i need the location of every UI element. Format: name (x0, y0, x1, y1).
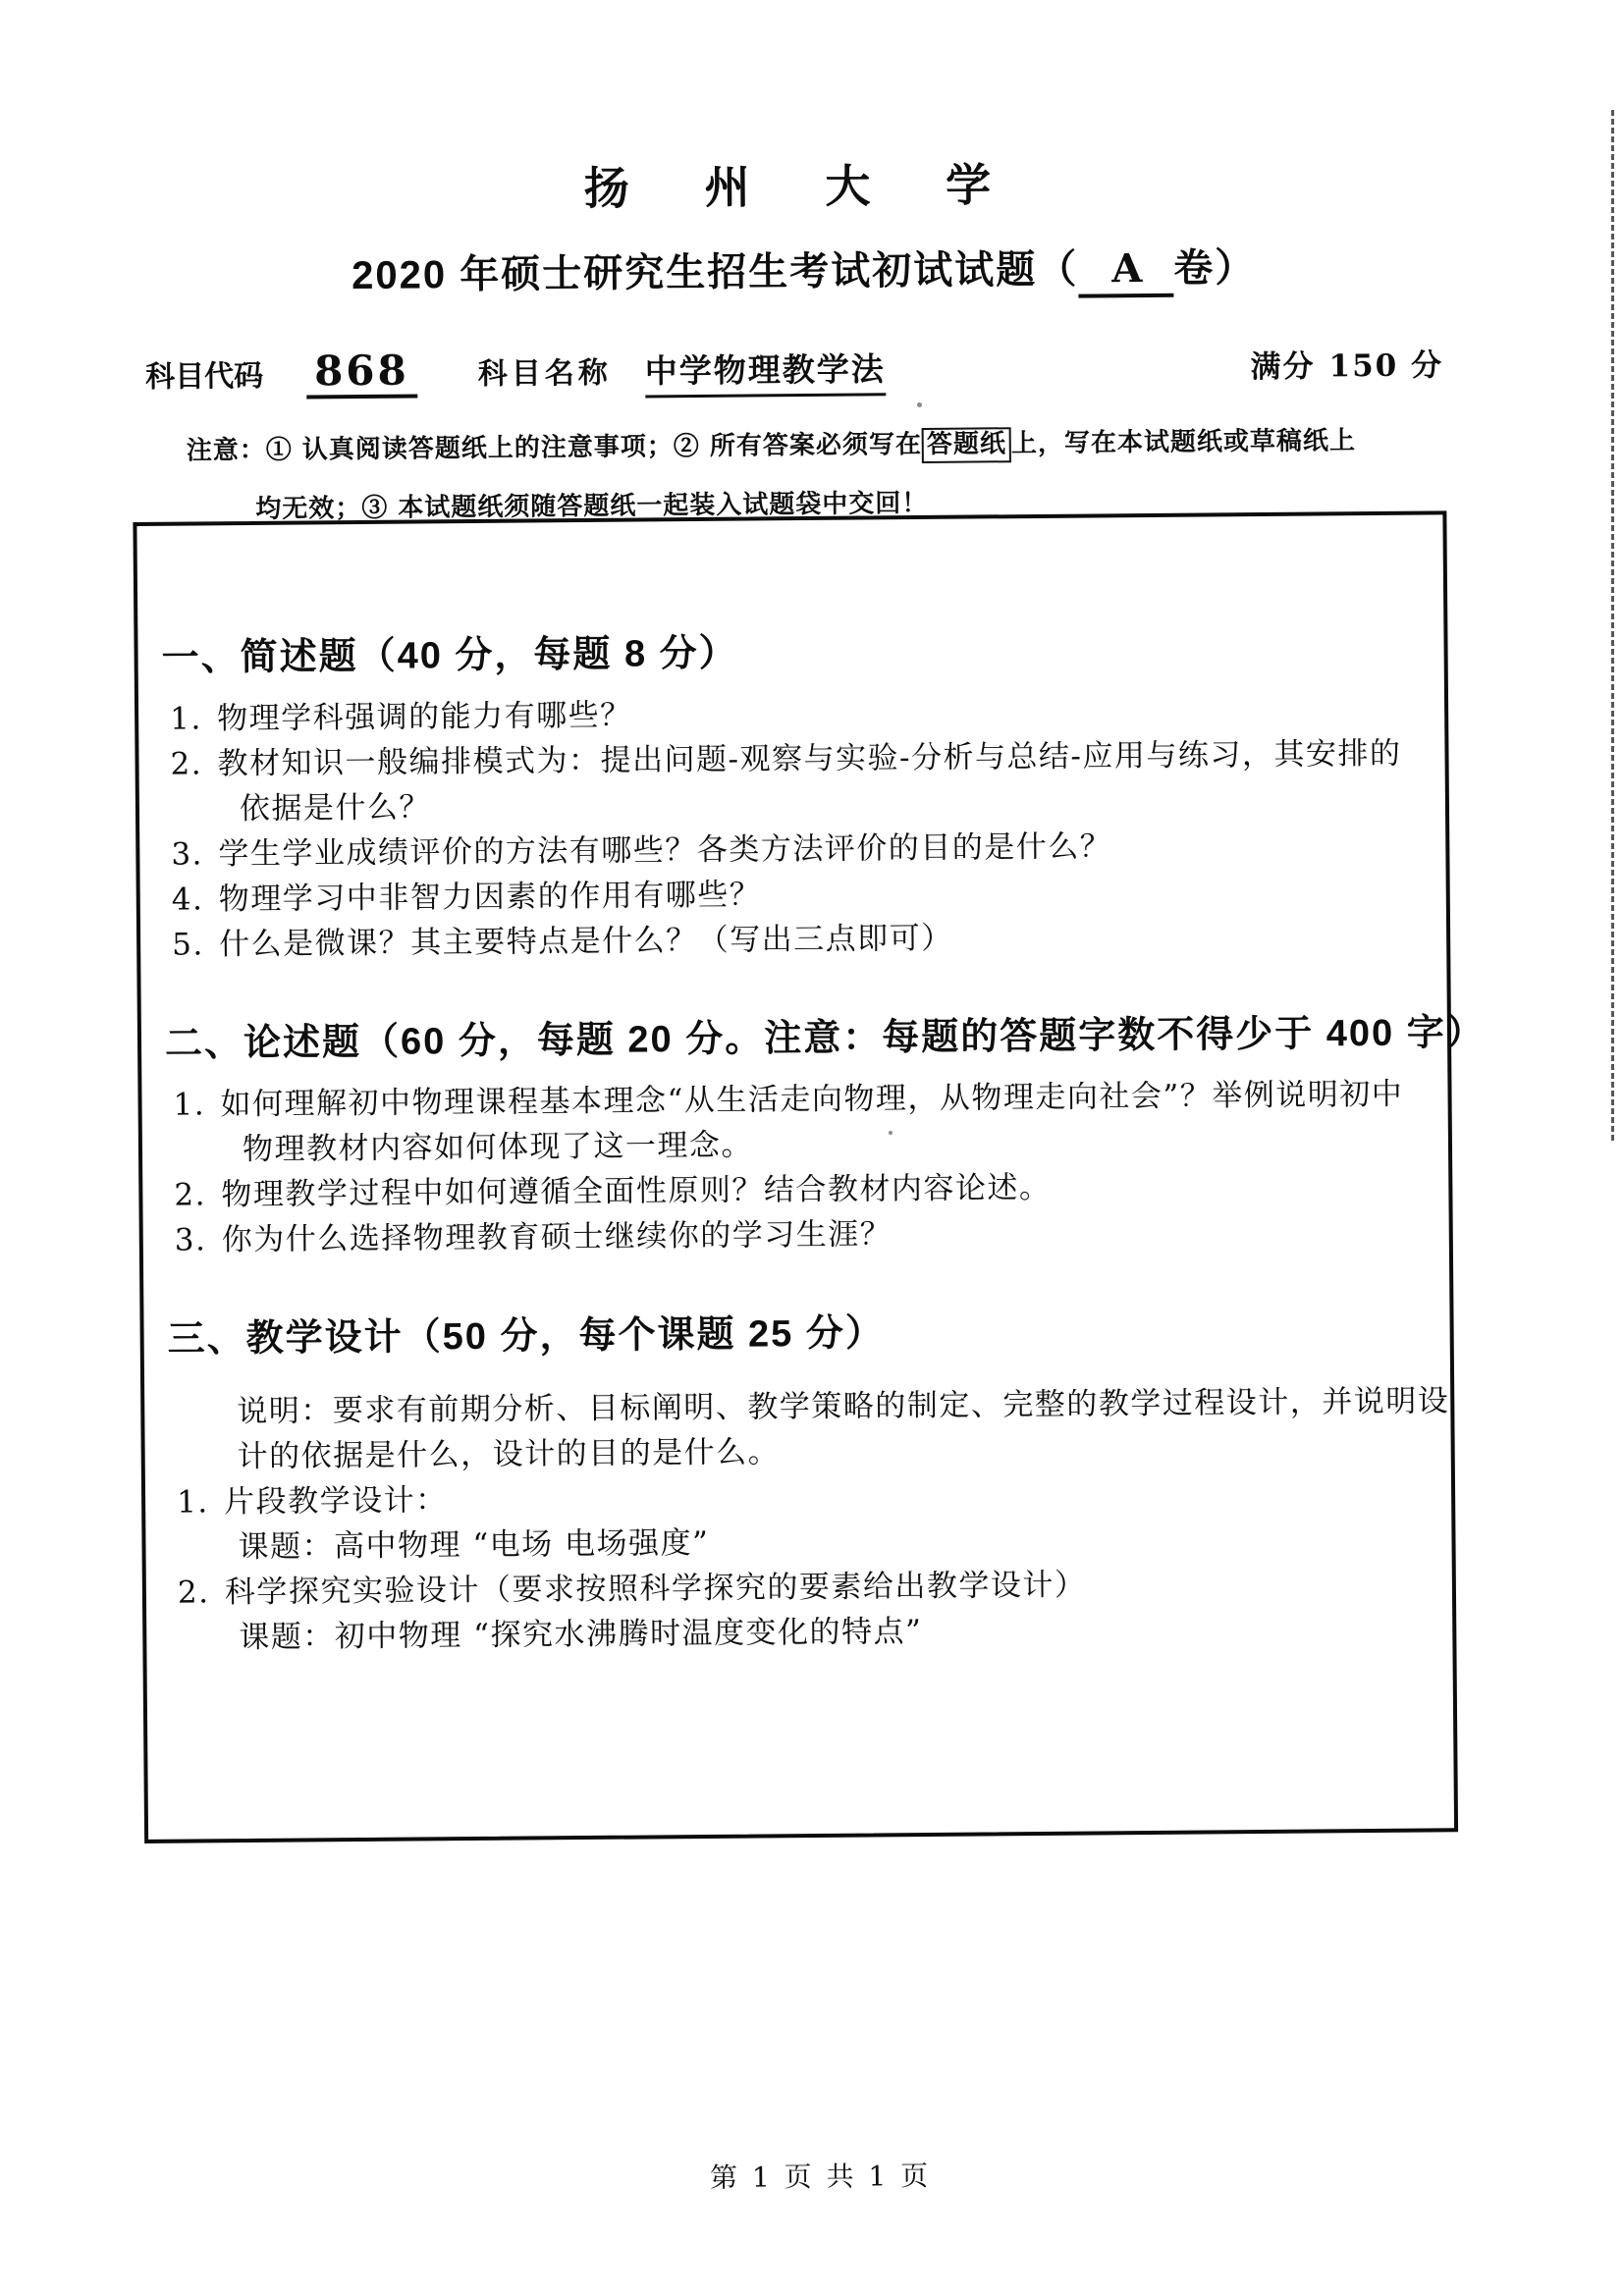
question-item: 5.什么是微课？其主要特点是什么？（写出三点即可） (164, 912, 1419, 968)
item-number: 4. (172, 877, 219, 922)
notice: 注意：① 认真阅读答题纸上的注意事项；② 所有答案必须写在答题纸上，写在本试题纸… (187, 424, 1464, 525)
item-text: 物理学科强调的能力有哪些？ (217, 698, 632, 737)
item-number: 2. (170, 741, 217, 786)
scan-edge-artifact (1611, 110, 1614, 1141)
item-text: 教材知识一般编排模式为：提出问题-观察与实验-分析与总结-应用与练习，其安排的 (217, 736, 1401, 782)
section-title: 三、教学设计（50 分，每个课题 25 分） (167, 1307, 1422, 1378)
subject-name: 中学物理教学法 (645, 344, 886, 398)
subject-code: 868 (306, 346, 417, 399)
notice-label: 注意： (187, 436, 266, 466)
subject-name-label: 科目名称 (478, 348, 612, 393)
question-item: 1.如何理解初中物理课程基本理念“从生活走向物理，从物理走向社会”？举例说明初中… (165, 1072, 1421, 1173)
item-number: 2. (178, 1570, 225, 1615)
notice-line-1: 注意：① 认真阅读答题纸上的注意事项；② 所有答案必须写在答题纸上，写在本试题纸… (187, 424, 1463, 466)
notice-text-after-box: 上，写在本试题纸或草稿纸上 (1011, 426, 1356, 458)
full-score-value: 150 分 (1328, 347, 1443, 384)
paper-letter: A (1078, 244, 1174, 298)
exam-title-suffix: 卷） (1173, 246, 1256, 291)
subject-line: 科目代码 868 科目名称 中学物理教学法 满分150 分 (145, 337, 1443, 402)
item-text: 物理学习中非智力因素的作用有哪些？ (219, 877, 762, 917)
scan-speck (889, 1131, 893, 1135)
section-3: 三、教学设计（50 分，每个课题 25 分）说明：要求有前期分析、目标阐明、教学… (167, 1307, 1425, 1661)
item-line: 5.什么是微课？其主要特点是什么？（写出三点即可） (164, 912, 1419, 968)
full-score-label: 满分 (1250, 348, 1315, 384)
item-line: 3.你为什么选择物理教育硕士继续你的学习生涯？ (167, 1207, 1422, 1263)
answer-sheet-boxed-text: 答题纸 (922, 427, 1011, 463)
item-text: 什么是微课？其主要特点是什么？（写出三点即可） (219, 921, 953, 963)
item-number: 5. (172, 922, 219, 967)
item-sub-line: 课题：初中物理 “探究水沸腾时温度变化的特点” (239, 1605, 1425, 1661)
question-box: 一、简述题（40 分，每题 8 分）1.物理学科强调的能力有哪些？2.教材知识一… (133, 510, 1458, 1843)
item-text: 科学探究实验设计（要求按照科学探究的要素给出教学设计） (225, 1568, 1087, 1611)
scan-speck (917, 402, 922, 407)
section-title: 一、简述题（40 分，每题 8 分） (161, 625, 1416, 697)
item-number: 1. (170, 696, 217, 741)
item-number: 3. (175, 1217, 222, 1262)
item-text: 学生学业成绩评价的方法有哪些？各类方法评价的目的是什么？ (218, 828, 1111, 872)
scanned-exam-page: { "header": { "university": "扬 州 大 学", "… (0, 0, 1623, 2296)
item-text: 如何理解初中物理课程基本理念“从生活走向物理，从物理走向社会”？举例说明初中 (220, 1077, 1403, 1123)
question-item: 1.片段教学设计：课题：高中物理 “电场 电场强度” (169, 1469, 1425, 1571)
item-text: 你为什么选择物理教育硕士继续你的学习生涯？ (222, 1216, 893, 1257)
question-item: 2.教材知识一般编排模式为：提出问题-观察与实验-分析与总结-应用与练习，其安排… (162, 731, 1418, 832)
notice-text-before-box: ① 认真阅读答题纸上的注意事项；② 所有答案必须写在 (266, 430, 922, 465)
item-text: 片段教学设计： (224, 1482, 448, 1520)
section-2: 二、论述题（60 分，每题 20 分。注意：每题的答题字数不得少于 400 字）… (165, 1011, 1422, 1263)
item-number: 2. (174, 1172, 221, 1217)
item-number: 1. (173, 1082, 220, 1127)
item-number: 1. (177, 1479, 224, 1524)
section-title: 二、论述题（60 分，每题 20 分。注意：每题的答题字数不得少于 400 字） (165, 1011, 1420, 1083)
page-content: 扬 州 大 学 2020 年硕士研究生招生考试初试试题（A卷） 科目代码 868… (0, 0, 1623, 2296)
section-1: 一、简述题（40 分，每题 8 分）1.物理学科强调的能力有哪些？2.教材知识一… (161, 625, 1419, 968)
question-item: 2.科学探究实验设计（要求按照科学探究的要素给出教学设计）课题：初中物理 “探究… (170, 1560, 1426, 1661)
item-text: 物理教学过程中如何遵循全面性原则？结合教材内容论述。 (221, 1170, 1051, 1212)
exam-title-prefix: 2020 年硕士研究生招生考试初试试题（ (352, 248, 1078, 297)
university-title: 扬 州 大 学 (0, 156, 1615, 217)
item-number: 3. (171, 831, 218, 877)
page-footer: 第 1 页 共 1 页 (9, 2149, 1623, 2202)
full-score: 满分150 分 (1250, 340, 1443, 386)
question-item: 3.你为什么选择物理教育硕士继续你的学习生涯？ (167, 1207, 1422, 1263)
subject-code-label: 科目代码 (145, 351, 263, 396)
exam-title: 2020 年硕士研究生招生考试初试试题（A卷） (0, 240, 1615, 307)
